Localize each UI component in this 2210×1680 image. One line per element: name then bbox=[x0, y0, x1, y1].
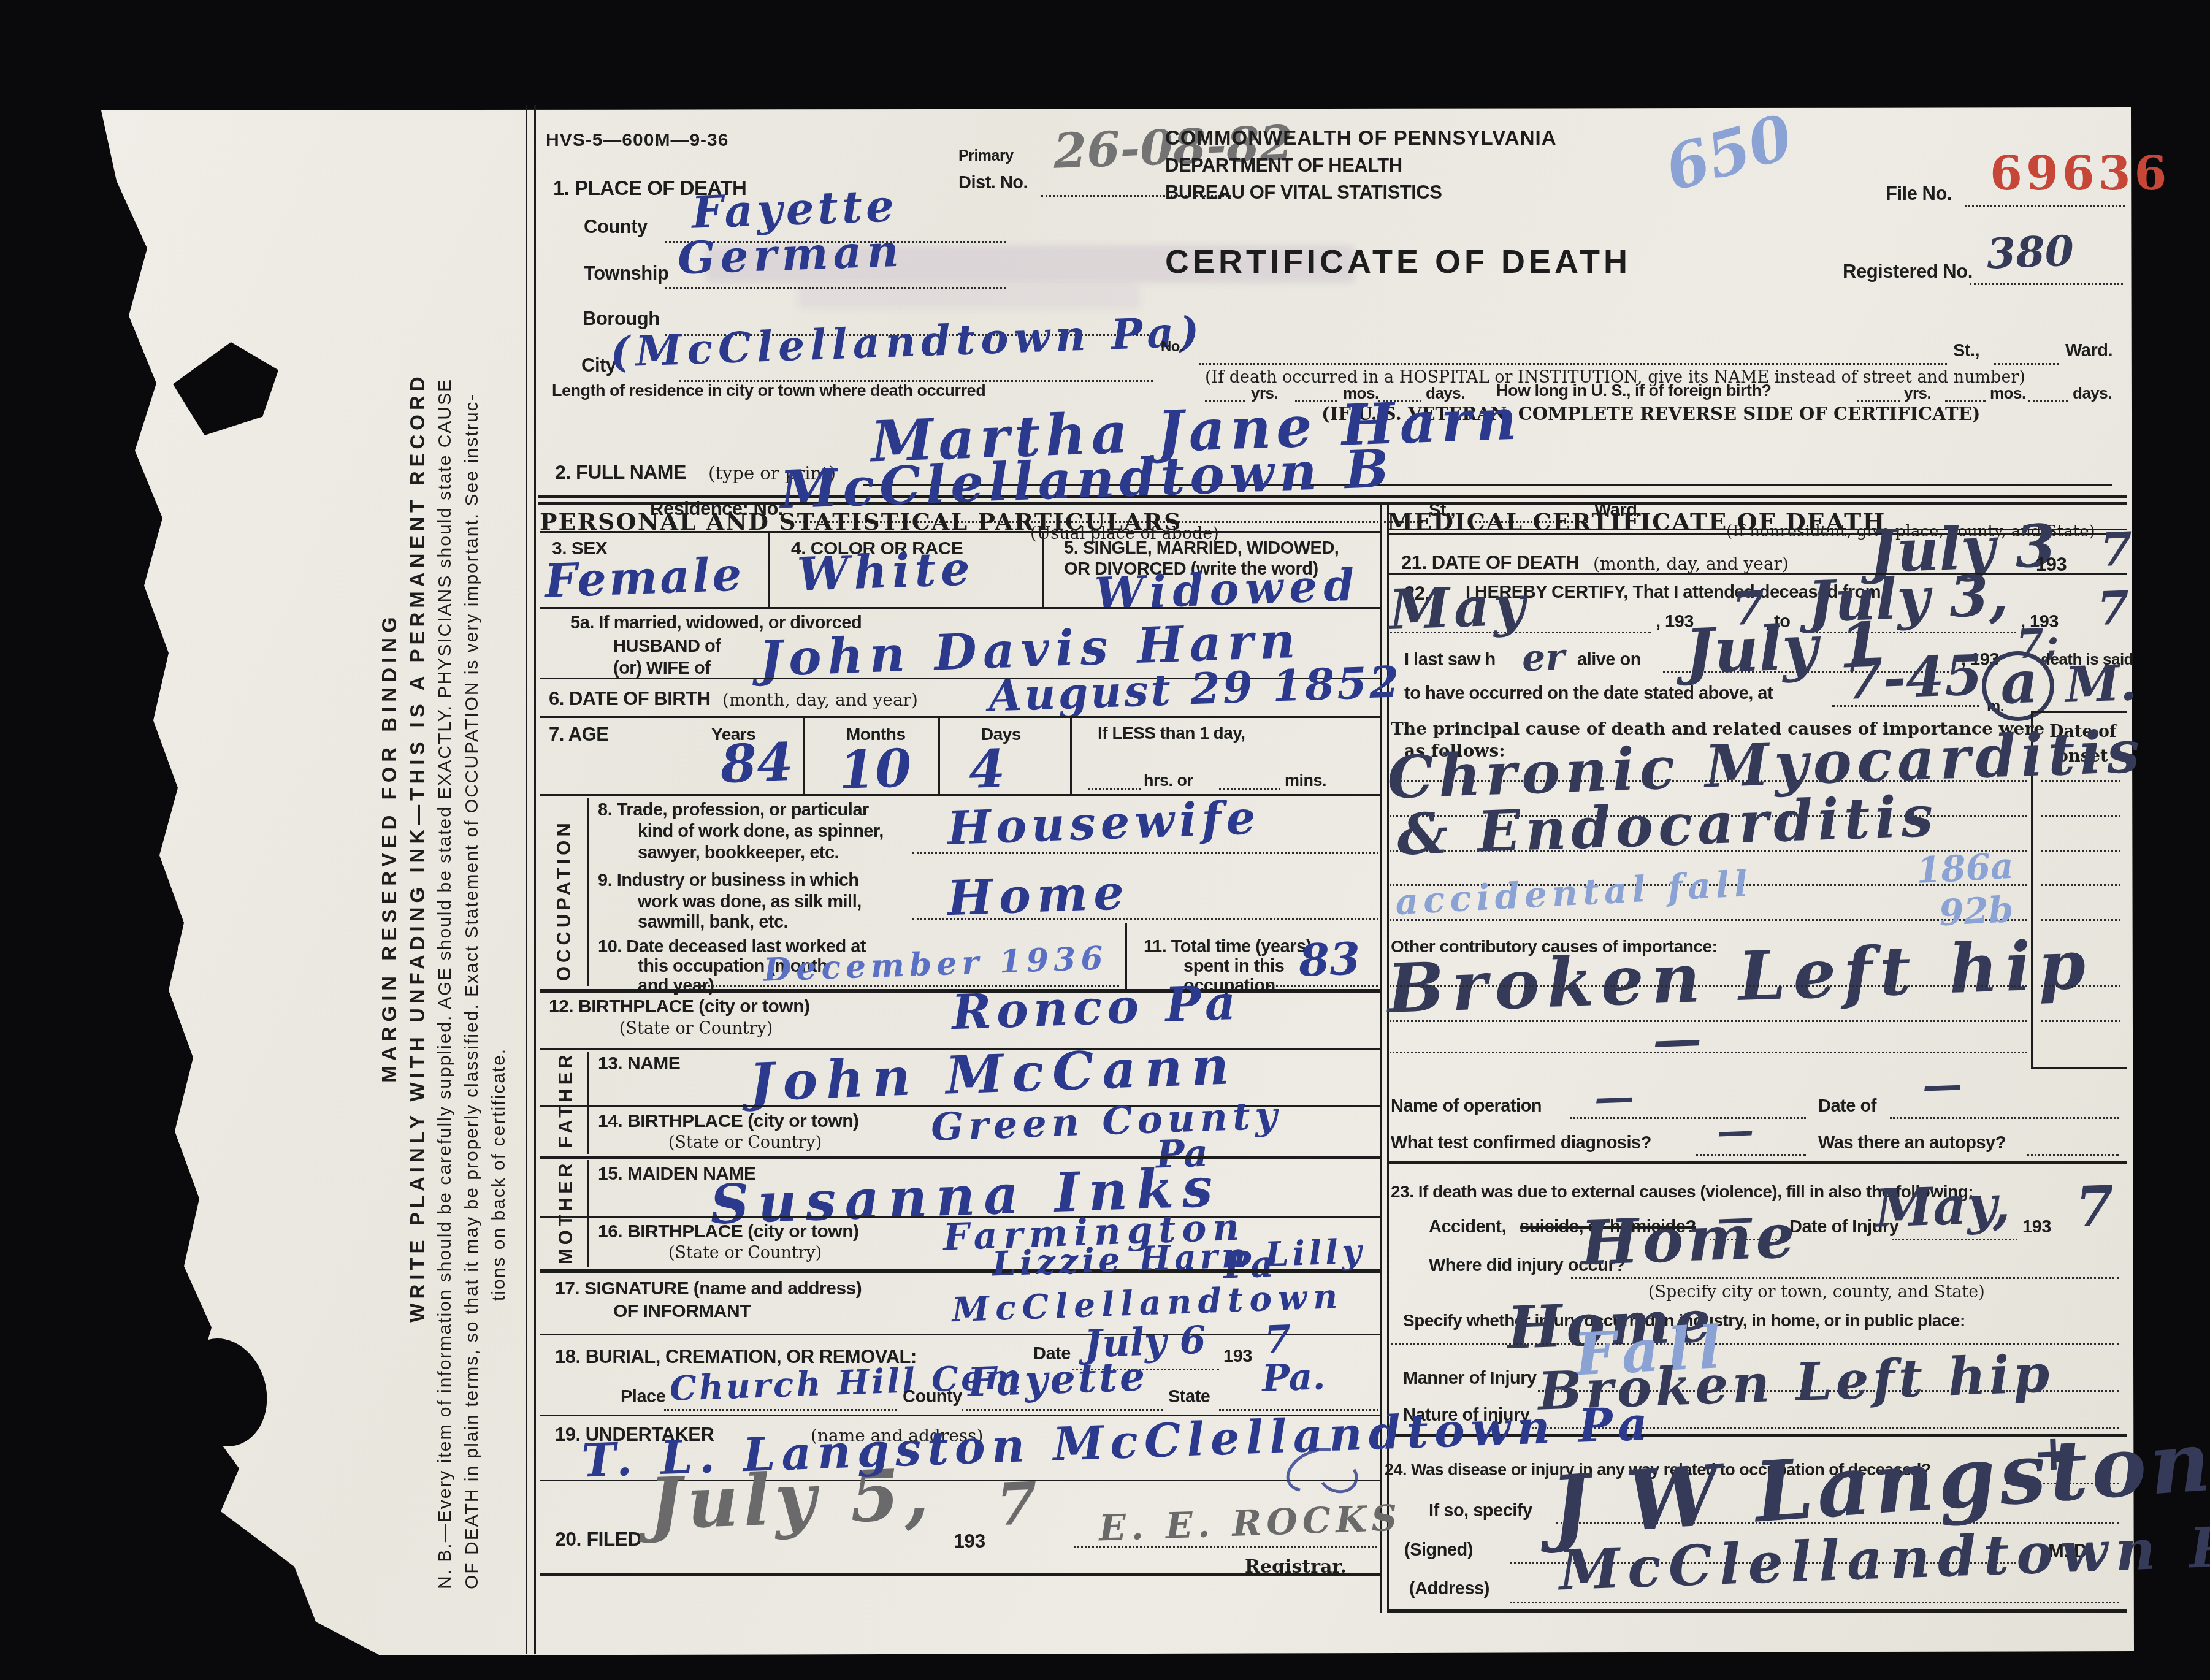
to-year-digit: 7 bbox=[2096, 581, 2130, 636]
no-label: No. bbox=[1161, 338, 1183, 356]
mos-label: mos. bbox=[1990, 384, 2026, 403]
cause-code: 186a bbox=[1915, 845, 2014, 892]
dotted-line bbox=[2028, 400, 2068, 402]
injury-date-value: May, bbox=[1874, 1174, 2011, 1240]
signed-label: (Signed) bbox=[1404, 1540, 1473, 1560]
time-value: 7-45 bbox=[1843, 643, 1984, 712]
dotted-line bbox=[1390, 1020, 2027, 1022]
dotted-line bbox=[1390, 1052, 2027, 1053]
q8-label: sawyer, bookkeeper, etc. bbox=[638, 843, 839, 863]
dash-mark: — bbox=[1651, 1010, 1702, 1069]
q17-label: 17. SIGNATURE (name and address) bbox=[555, 1278, 862, 1299]
margin-line: MARGIN RESERVED FOR BINDING bbox=[375, 105, 403, 1589]
divider-line bbox=[526, 105, 527, 1654]
binding-margin-instructions: MARGIN RESERVED FOR BINDING WRITE PLAINL… bbox=[375, 105, 513, 1589]
divider-line bbox=[2031, 711, 2127, 713]
divider-line bbox=[1042, 531, 1044, 607]
dotted-line bbox=[1219, 788, 1280, 790]
divider-line bbox=[540, 531, 1380, 533]
divider-line bbox=[540, 607, 1380, 609]
margin-line: WRITE PLAINLY WITH UNFADING INK—THIS IS … bbox=[403, 105, 432, 1589]
dob-label: 6. DATE OF BIRTH bbox=[549, 688, 711, 710]
dotted-line bbox=[2027, 1154, 2119, 1156]
address-label: (Address) bbox=[1409, 1579, 1489, 1599]
meridiem-value: a bbox=[1999, 648, 2039, 717]
burial-county-value: Fayette bbox=[967, 1353, 1149, 1406]
manner-injury-label: Manner of Injury bbox=[1403, 1369, 1537, 1389]
divider-line bbox=[587, 1160, 589, 1267]
margin-line: OF DEATH in plain terms, so that it may … bbox=[459, 105, 486, 1589]
us-length-label: How long in U. S., if of foreign birth? bbox=[1496, 381, 1771, 400]
dotted-line bbox=[1994, 363, 2059, 365]
year-printed: 193 bbox=[2022, 1217, 2051, 1237]
scanned-death-certificate: MARGIN RESERVED FOR BINDING WRITE PLAINL… bbox=[0, 0, 2210, 1680]
dotted-line bbox=[1970, 283, 2123, 285]
dotted-line bbox=[2041, 815, 2120, 817]
death-year-digit: 7 bbox=[2099, 522, 2133, 577]
full-name-label: 2. FULL NAME bbox=[555, 461, 686, 484]
file-number-stamp: 69636 bbox=[1990, 146, 2170, 200]
divider-line bbox=[1387, 1609, 2127, 1613]
st-label: St., bbox=[1953, 341, 1979, 361]
certificate-title: CERTIFICATE OF DEATH bbox=[1165, 243, 1717, 281]
dotted-line bbox=[2041, 919, 2120, 921]
occupation-side-label: OCCUPATION bbox=[553, 819, 575, 981]
burial-place-label: Place bbox=[621, 1387, 665, 1407]
dash-mark: — bbox=[1716, 1109, 1754, 1153]
meridiem-m: M. bbox=[2064, 654, 2138, 714]
divider-line bbox=[540, 1156, 1380, 1159]
yrs-label: yrs. bbox=[1904, 384, 1931, 403]
q11-label: 11. Total time (years) bbox=[1144, 937, 1312, 957]
state-country-note: (State or Country) bbox=[668, 1133, 822, 1152]
less-than-label: If LESS than 1 day, bbox=[1098, 724, 1245, 743]
dash-mark: — bbox=[1594, 1074, 1635, 1121]
divider-line bbox=[534, 105, 536, 1654]
divider-line bbox=[540, 1334, 1380, 1335]
dotted-line bbox=[2041, 850, 2120, 852]
divider-line bbox=[540, 716, 1380, 718]
dotted-line bbox=[2041, 884, 2120, 886]
mins-label: mins. bbox=[1285, 771, 1326, 790]
divider-line bbox=[587, 1052, 589, 1154]
burial-year-digit: 7 bbox=[1264, 1316, 1292, 1362]
dash-mark: — bbox=[1922, 1061, 1963, 1109]
birthplace-value: Ronco Pa bbox=[951, 975, 1242, 1040]
test-label: What test confirmed diagnosis? bbox=[1391, 1133, 1651, 1153]
dotted-line bbox=[1571, 1277, 2119, 1279]
burial-state-value: Pa. bbox=[1261, 1355, 1326, 1400]
q14-label: 14. BIRTHPLACE (city or town) bbox=[598, 1111, 859, 1132]
burial-state-label: State bbox=[1168, 1387, 1210, 1407]
if-so-specify-label: If so, specify bbox=[1429, 1501, 1532, 1521]
age-days-value: 4 bbox=[968, 738, 1006, 801]
dotted-line bbox=[2041, 985, 2120, 987]
q20-label: 20. FILED bbox=[555, 1528, 641, 1551]
township-label: Township bbox=[584, 262, 668, 284]
total-time-value: 83 bbox=[1298, 932, 1361, 986]
age-label: 7. AGE bbox=[549, 724, 609, 746]
dotted-line bbox=[1696, 1154, 1806, 1156]
age-months-value: 10 bbox=[838, 738, 912, 801]
dotted-line bbox=[1199, 363, 1947, 365]
q17-label: OF INFORMANT bbox=[613, 1301, 751, 1322]
injury-year-digit: 7 bbox=[2074, 1174, 2115, 1240]
county-label: County bbox=[584, 216, 648, 238]
race-value: White bbox=[797, 541, 976, 601]
filed-year-digit: 7 bbox=[995, 1470, 1038, 1539]
q12-label: 12. BIRTHPLACE (city or town) bbox=[549, 996, 810, 1017]
divider-line bbox=[1070, 716, 1072, 794]
q8-label: 8. Trade, profession, or particular bbox=[598, 800, 869, 820]
dotted-line bbox=[1965, 205, 2125, 207]
autopsy-label: Was there an autopsy? bbox=[1818, 1133, 2006, 1153]
divider-line bbox=[768, 531, 770, 607]
marital-value: Widowed bbox=[1094, 558, 1361, 619]
where-injury-value: Home bbox=[1580, 1199, 1800, 1279]
registered-value: 380 bbox=[1986, 227, 2075, 279]
primary-label: Primary bbox=[958, 147, 1014, 165]
last-saw-her: er bbox=[1521, 636, 1566, 680]
marital-label: 5. SINGLE, MARRIED, WIDOWED, bbox=[1064, 538, 1339, 559]
dotted-line bbox=[665, 287, 1006, 289]
margin-line: N. B.—Every item of information should b… bbox=[432, 105, 459, 1589]
q8-label: kind of work done, as spinner, bbox=[638, 822, 884, 842]
year-printed: 193 bbox=[2036, 554, 2067, 576]
operation-label: Name of operation bbox=[1391, 1096, 1542, 1117]
ward-label: Ward. bbox=[2065, 341, 2112, 361]
dotted-line bbox=[1390, 919, 2027, 921]
dotted-line bbox=[1510, 1602, 2119, 1603]
q5a-husband-label: HUSBAND of bbox=[613, 636, 721, 657]
registered-label: Registered No. bbox=[1843, 261, 1973, 283]
dotted-line bbox=[1892, 1239, 2017, 1240]
q9-label: sawmill, bank, etc. bbox=[638, 912, 788, 933]
father-side-label: FATHER bbox=[555, 1051, 577, 1148]
q9-label: 9. Industry or business in which bbox=[598, 871, 859, 891]
ghost-stamp bbox=[797, 285, 1141, 310]
attended-from-value: May bbox=[1388, 573, 1530, 643]
q16-label: 16. BIRTHPLACE (city or town) bbox=[598, 1221, 859, 1242]
q9-label: work was done, as silk mill, bbox=[638, 892, 862, 912]
divider-line bbox=[803, 716, 805, 794]
burial-county-label: County bbox=[903, 1387, 962, 1407]
dotted-line bbox=[1268, 985, 1378, 987]
divider-line bbox=[540, 1573, 1380, 1576]
q21-note: (month, day, and year) bbox=[1593, 554, 1789, 574]
mother-side-label: MOTHER bbox=[555, 1160, 577, 1264]
year-printed: 193 bbox=[954, 1530, 985, 1552]
dotted-line bbox=[1390, 985, 2027, 987]
dotted-line bbox=[1857, 400, 1900, 402]
dotted-line bbox=[1890, 1117, 2119, 1119]
occurred-at-label: to have occurred on the date stated abov… bbox=[1404, 684, 1773, 704]
residence-length-label: Length of residence in city or town wher… bbox=[552, 381, 985, 400]
dotted-line bbox=[1945, 400, 1986, 402]
margin-line: tions on back of certificate. bbox=[486, 105, 513, 1589]
alive-on-label: alive on bbox=[1577, 650, 1641, 670]
age-years-value: 84 bbox=[719, 731, 794, 795]
q5a-wife-label: (or) WIFE of bbox=[613, 659, 710, 679]
q13-label: 13. NAME bbox=[598, 1053, 680, 1074]
form-code: HVS-5—600M—9-36 bbox=[546, 130, 728, 151]
dob-note: (month, day, and year) bbox=[722, 690, 918, 710]
state-country-note: (State or Country) bbox=[668, 1243, 822, 1262]
divider-line bbox=[1387, 1161, 2127, 1164]
q21-label: 21. DATE OF DEATH bbox=[1401, 552, 1579, 574]
hrs-label: hrs. or bbox=[1144, 771, 1193, 790]
industry-value: Home bbox=[947, 865, 1131, 926]
dotted-line bbox=[2041, 1020, 2120, 1022]
file-label: File No. bbox=[1886, 183, 1952, 205]
divider-line bbox=[938, 716, 940, 794]
dotted-line bbox=[962, 1409, 1163, 1411]
days-label: days. bbox=[2073, 384, 2112, 403]
year-printed: 193 bbox=[1223, 1346, 1252, 1367]
township-value: German bbox=[677, 224, 904, 284]
dist-no-label: Dist. No. bbox=[958, 173, 1028, 193]
dotted-line bbox=[1088, 788, 1141, 790]
sex-value: Female bbox=[544, 547, 745, 608]
date-of-label: Date of bbox=[1818, 1096, 1876, 1117]
q11-label: spent in this bbox=[1183, 956, 1284, 977]
occupation-value: Housewife bbox=[947, 790, 1261, 855]
divider-line bbox=[587, 798, 589, 986]
accident-label: Accident, bbox=[1429, 1217, 1506, 1237]
state-country-note: (State or Country) bbox=[619, 1019, 773, 1038]
last-saw-label: I last saw h bbox=[1404, 650, 1496, 670]
dotted-line bbox=[664, 1409, 897, 1411]
divider-line bbox=[2031, 1067, 2127, 1069]
